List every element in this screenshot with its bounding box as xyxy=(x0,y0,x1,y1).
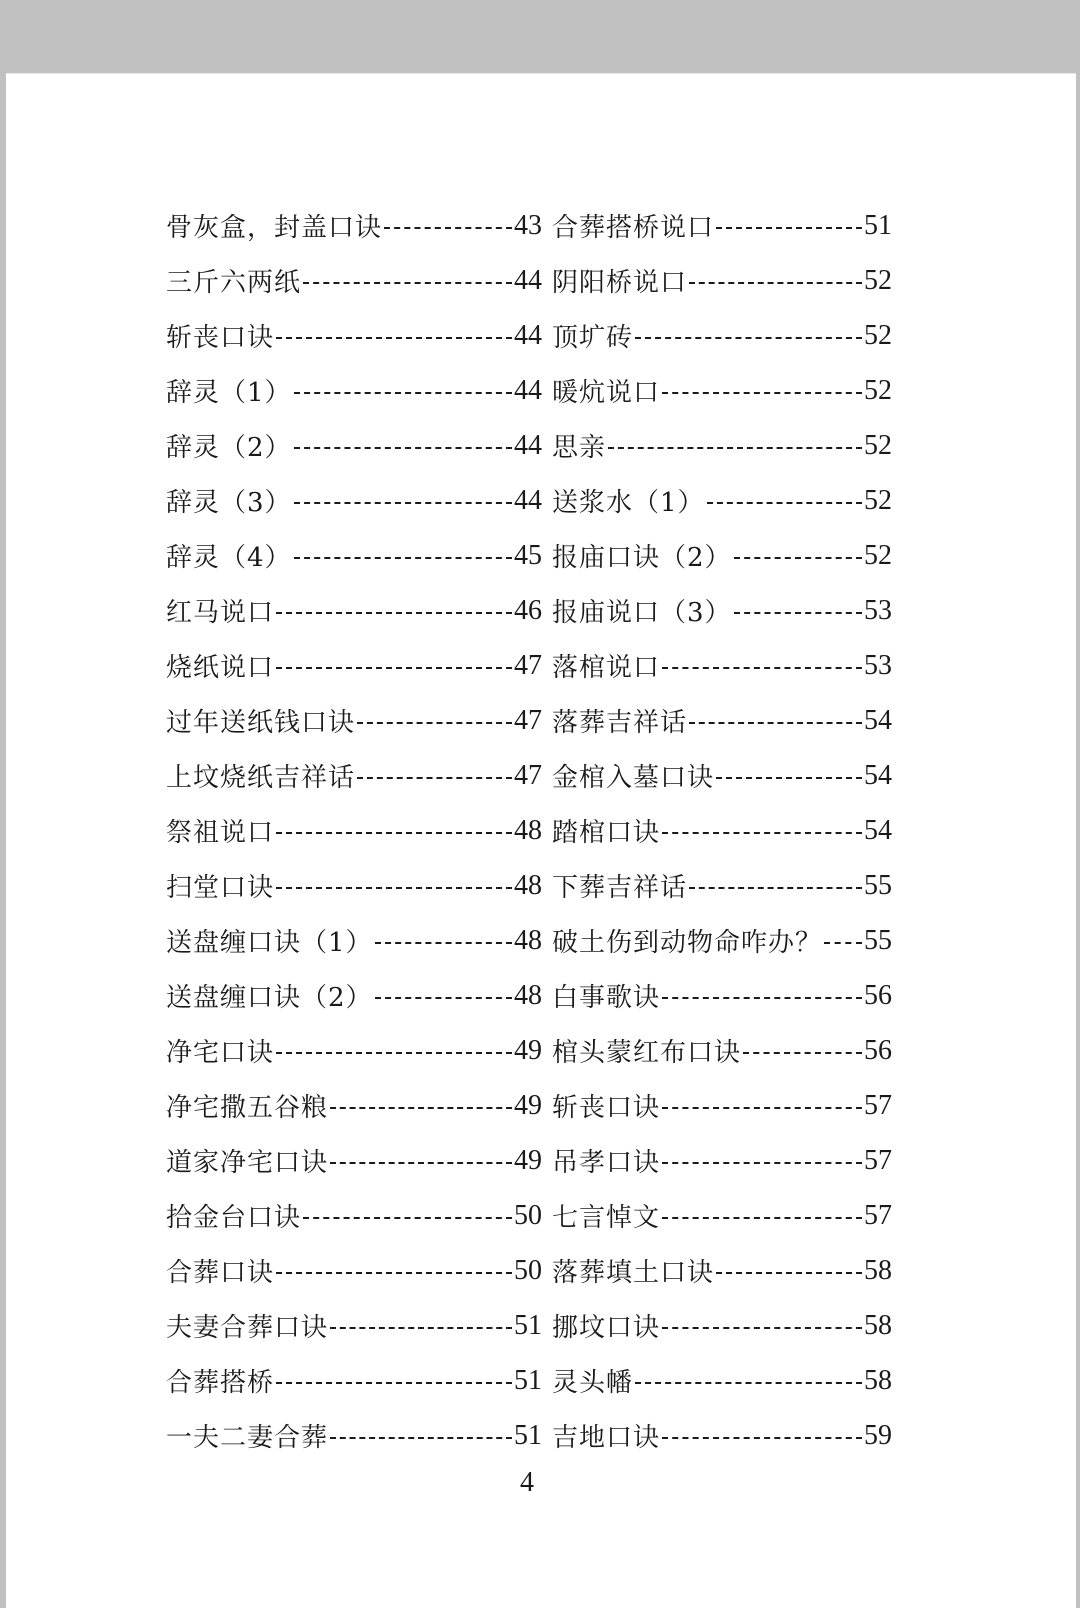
toc-entry-title: 红马说口 xyxy=(166,592,274,629)
toc-entry-page: 47 xyxy=(514,705,542,737)
toc-entry[interactable]: 烧纸说口 47 xyxy=(166,638,542,693)
toc-entry[interactable]: 报庙说口（3） 53 xyxy=(552,583,892,638)
toc-entry-title: 送盘缠口诀（2） xyxy=(166,977,373,1014)
toc-entry-title: 辞灵（1） xyxy=(166,372,292,409)
toc-entry-title: 下葬吉祥话 xyxy=(552,867,687,904)
dot-leader xyxy=(276,887,512,889)
toc-entry[interactable]: 落棺说口 53 xyxy=(552,638,892,693)
toc-entry[interactable]: 七言悼文 57 xyxy=(552,1188,892,1243)
toc-entry-title: 灵头幡 xyxy=(552,1362,633,1399)
dot-leader xyxy=(635,1382,862,1384)
dot-leader xyxy=(375,997,512,999)
toc-entry-title: 辞灵（2） xyxy=(166,427,292,464)
toc-entry[interactable]: 金棺入墓口诀 54 xyxy=(552,748,892,803)
dot-leader xyxy=(276,612,512,614)
toc-entry[interactable]: 扫堂口诀 48 xyxy=(166,858,542,913)
toc-entry[interactable]: 灵头幡 58 xyxy=(552,1353,892,1408)
toc-entry-page: 58 xyxy=(864,1255,892,1287)
toc-entry[interactable]: 夫妻合葬口诀 51 xyxy=(166,1298,542,1353)
toc-entry-page: 51 xyxy=(864,210,892,242)
dot-leader xyxy=(662,667,862,669)
toc-entry-title: 报庙说口（3） xyxy=(552,592,732,629)
page-number: 4 xyxy=(6,1467,1048,1499)
toc-entry-page: 44 xyxy=(514,375,542,407)
dot-leader xyxy=(662,1437,862,1439)
toc-entry[interactable]: 净宅撒五谷粮 49 xyxy=(166,1078,542,1133)
toc-entry[interactable]: 一夫二妻合葬 51 xyxy=(166,1408,542,1463)
dot-leader xyxy=(330,1437,512,1439)
toc-entry-title: 送盘缠口诀（1） xyxy=(166,922,373,959)
dot-leader xyxy=(662,392,862,394)
toc-entry[interactable]: 踏棺口诀 54 xyxy=(552,803,892,858)
toc-entry-title: 暖炕说口 xyxy=(552,372,660,409)
toc-entry[interactable]: 落葬填土口诀 58 xyxy=(552,1243,892,1298)
dot-leader xyxy=(716,1272,862,1274)
toc-entry-page: 53 xyxy=(864,650,892,682)
dot-leader xyxy=(662,1327,862,1329)
toc-entry-page: 50 xyxy=(514,1255,542,1287)
toc-entry[interactable]: 辞灵（2） 44 xyxy=(166,418,542,473)
dot-leader xyxy=(689,887,862,889)
dot-leader xyxy=(276,667,512,669)
toc-entry-title: 上坟烧纸吉祥话 xyxy=(166,757,355,794)
toc-entry-page: 44 xyxy=(514,265,542,297)
toc-entry-title: 骨灰盒，封盖口诀 xyxy=(166,207,382,244)
toc-entry[interactable]: 挪坟口诀 58 xyxy=(552,1298,892,1353)
toc-entry[interactable]: 合葬口诀 50 xyxy=(166,1243,542,1298)
toc-entry-title: 合葬搭桥 xyxy=(166,1362,274,1399)
dot-leader xyxy=(294,392,512,394)
toc-entry-title: 白事歌诀 xyxy=(552,977,660,1014)
dot-leader xyxy=(330,1327,512,1329)
toc-entry-page: 48 xyxy=(514,815,542,847)
toc-entry-title: 报庙口诀（2） xyxy=(552,537,732,574)
dot-leader xyxy=(662,1107,862,1109)
dot-leader xyxy=(294,447,512,449)
toc-entry-page: 43 xyxy=(514,210,542,242)
dot-leader xyxy=(689,282,862,284)
toc-entry[interactable]: 吊孝口诀 57 xyxy=(552,1133,892,1188)
toc-entry-title: 斩丧口诀 xyxy=(552,1087,660,1124)
toc-entry[interactable]: 合葬搭桥说口 51 xyxy=(552,198,892,253)
toc-entry[interactable]: 下葬吉祥话 55 xyxy=(552,858,892,913)
toc-entry-title: 落葬填土口诀 xyxy=(552,1252,714,1289)
toc-entry[interactable]: 合葬搭桥 51 xyxy=(166,1353,542,1408)
dot-leader xyxy=(662,1217,862,1219)
dot-leader xyxy=(608,447,862,449)
toc-entry-title: 夫妻合葬口诀 xyxy=(166,1307,328,1344)
toc-entry-page: 48 xyxy=(514,925,542,957)
dot-leader xyxy=(303,282,512,284)
dot-leader xyxy=(276,1382,512,1384)
toc-entry[interactable]: 过年送纸钱口诀 47 xyxy=(166,693,542,748)
toc-entry-title: 踏棺口诀 xyxy=(552,812,660,849)
toc-entry[interactable]: 骨灰盒，封盖口诀 43 xyxy=(166,198,542,253)
toc-entry-page: 54 xyxy=(864,705,892,737)
toc-entry-page: 49 xyxy=(514,1090,542,1122)
dot-leader xyxy=(357,722,512,724)
toc-entry-title: 破土伤到动物命咋办？ xyxy=(552,922,822,959)
toc-entry-page: 59 xyxy=(864,1420,892,1452)
toc-entry-title: 辞灵（3） xyxy=(166,482,292,519)
dot-leader xyxy=(662,997,862,999)
toc-entry-page: 52 xyxy=(864,375,892,407)
dot-leader xyxy=(384,227,512,229)
toc-entry[interactable]: 白事歌诀 56 xyxy=(552,968,892,1023)
toc-entry[interactable]: 辞灵（4） 45 xyxy=(166,528,542,583)
toc-entry-title: 落棺说口 xyxy=(552,647,660,684)
toc-entry-title: 七言悼文 xyxy=(552,1197,660,1234)
toc-entry-page: 52 xyxy=(864,430,892,462)
dot-leader xyxy=(357,777,512,779)
toc-entry-title: 斩丧口诀 xyxy=(166,317,274,354)
dot-leader xyxy=(824,942,862,944)
toc-entry-page: 53 xyxy=(864,595,892,627)
toc-entry-page: 46 xyxy=(514,595,542,627)
toc-entry[interactable]: 送盘缠口诀（2） 48 xyxy=(166,968,542,1023)
dot-leader xyxy=(276,832,512,834)
dot-leader xyxy=(734,612,862,614)
toc-entry[interactable]: 暖炕说口 52 xyxy=(552,363,892,418)
toc-entry[interactable]: 思亲 52 xyxy=(552,418,892,473)
toc-entry-page: 44 xyxy=(514,320,542,352)
toc-entry-title: 顶圹砖 xyxy=(552,317,633,354)
toc-entry-page: 52 xyxy=(864,485,892,517)
toc-entry-title: 送浆水（1） xyxy=(552,482,705,519)
toc-entry[interactable]: 破土伤到动物命咋办？ 55 xyxy=(552,913,892,968)
toc-entry-page: 52 xyxy=(864,265,892,297)
dot-leader xyxy=(743,1052,862,1054)
toc-entry-title: 扫堂口诀 xyxy=(166,867,274,904)
dot-leader xyxy=(276,1052,512,1054)
dot-leader xyxy=(330,1107,512,1109)
toc-entry[interactable]: 辞灵（3） 44 xyxy=(166,473,542,528)
toc-entry-page: 57 xyxy=(864,1200,892,1232)
toc-entry-page: 47 xyxy=(514,760,542,792)
toc-entry[interactable]: 辞灵（1） 44 xyxy=(166,363,542,418)
toc-entry-title: 三斤六两纸 xyxy=(166,262,301,299)
toc-entry-title: 合葬搭桥说口 xyxy=(552,207,714,244)
toc-entry[interactable]: 红马说口 46 xyxy=(166,583,542,638)
dot-leader xyxy=(689,722,862,724)
toc-entry[interactable]: 净宅口诀 49 xyxy=(166,1023,542,1078)
table-of-contents: 骨灰盒，封盖口诀 43 三斤六两纸 44 斩丧口诀 44 辞灵（1） 44 辞灵… xyxy=(166,198,906,1463)
toc-entry[interactable]: 拾金台口诀 50 xyxy=(166,1188,542,1243)
toc-entry-page: 56 xyxy=(864,1035,892,1067)
toc-entry[interactable]: 送盘缠口诀（1） 48 xyxy=(166,913,542,968)
toc-entry-page: 50 xyxy=(514,1200,542,1232)
dot-leader xyxy=(707,502,862,504)
dot-leader xyxy=(375,942,512,944)
toc-column-left: 骨灰盒，封盖口诀 43 三斤六两纸 44 斩丧口诀 44 辞灵（1） 44 辞灵… xyxy=(166,198,542,1463)
dot-leader xyxy=(294,502,512,504)
toc-entry-page: 44 xyxy=(514,430,542,462)
toc-entry[interactable]: 道家净宅口诀 49 xyxy=(166,1133,542,1188)
toc-entry-page: 52 xyxy=(864,320,892,352)
toc-entry-page: 58 xyxy=(864,1365,892,1397)
toc-entry-title: 祭祖说口 xyxy=(166,812,274,849)
toc-entry-page: 54 xyxy=(864,815,892,847)
toc-entry[interactable]: 三斤六两纸 44 xyxy=(166,253,542,308)
toc-entry-title: 合葬口诀 xyxy=(166,1252,274,1289)
toc-entry[interactable]: 吉地口诀 59 xyxy=(552,1408,892,1463)
toc-entry-title: 道家净宅口诀 xyxy=(166,1142,328,1179)
toc-entry[interactable]: 落葬吉祥话 54 xyxy=(552,693,892,748)
dot-leader xyxy=(276,337,512,339)
toc-entry[interactable]: 祭祖说口 48 xyxy=(166,803,542,858)
toc-entry-title: 挪坟口诀 xyxy=(552,1307,660,1344)
toc-entry-page: 57 xyxy=(864,1090,892,1122)
dot-leader xyxy=(662,1162,862,1164)
toc-entry-page: 51 xyxy=(514,1365,542,1397)
dot-leader xyxy=(635,337,862,339)
dot-leader xyxy=(734,557,862,559)
toc-entry-page: 57 xyxy=(864,1145,892,1177)
toc-entry-page: 58 xyxy=(864,1310,892,1342)
dot-leader xyxy=(662,832,862,834)
toc-entry-title: 落葬吉祥话 xyxy=(552,702,687,739)
toc-entry[interactable]: 棺头蒙红布口诀 56 xyxy=(552,1023,892,1078)
toc-entry-title: 金棺入墓口诀 xyxy=(552,757,714,794)
toc-entry-title: 棺头蒙红布口诀 xyxy=(552,1032,741,1069)
toc-entry-page: 54 xyxy=(864,760,892,792)
toc-entry[interactable]: 上坟烧纸吉祥话 47 xyxy=(166,748,542,803)
dot-leader xyxy=(330,1162,512,1164)
toc-entry-page: 55 xyxy=(864,925,892,957)
toc-entry-page: 48 xyxy=(514,870,542,902)
toc-entry[interactable]: 送浆水（1） 52 xyxy=(552,473,892,528)
toc-entry-page: 52 xyxy=(864,540,892,572)
toc-entry-page: 49 xyxy=(514,1035,542,1067)
toc-entry[interactable]: 报庙口诀（2） 52 xyxy=(552,528,892,583)
toc-entry-page: 44 xyxy=(514,485,542,517)
toc-entry-page: 49 xyxy=(514,1145,542,1177)
toc-entry-page: 51 xyxy=(514,1420,542,1452)
toc-entry-page: 55 xyxy=(864,870,892,902)
toc-entry-title: 辞灵（4） xyxy=(166,537,292,574)
toc-entry-page: 51 xyxy=(514,1310,542,1342)
toc-entry[interactable]: 阴阳桥说口 52 xyxy=(552,253,892,308)
toc-entry-title: 烧纸说口 xyxy=(166,647,274,684)
toc-column-right: 合葬搭桥说口 51 阴阳桥说口 52 顶圹砖 52 暖炕说口 52 思亲 52 … xyxy=(552,198,892,1463)
toc-entry[interactable]: 斩丧口诀 44 xyxy=(166,308,542,363)
toc-entry-page: 47 xyxy=(514,650,542,682)
dot-leader xyxy=(716,227,862,229)
toc-entry-page: 45 xyxy=(514,540,542,572)
dot-leader xyxy=(716,777,862,779)
toc-entry-title: 一夫二妻合葬 xyxy=(166,1417,328,1454)
toc-entry-page: 56 xyxy=(864,980,892,1012)
document-viewer: 骨灰盒，封盖口诀 43 三斤六两纸 44 斩丧口诀 44 辞灵（1） 44 辞灵… xyxy=(0,0,1080,1608)
toc-entry[interactable]: 顶圹砖 52 xyxy=(552,308,892,363)
toc-entry-title: 净宅撒五谷粮 xyxy=(166,1087,328,1124)
toc-entry-title: 吉地口诀 xyxy=(552,1417,660,1454)
dot-leader xyxy=(303,1217,512,1219)
toc-entry-page: 48 xyxy=(514,980,542,1012)
toc-entry-title: 过年送纸钱口诀 xyxy=(166,702,355,739)
toc-entry[interactable]: 斩丧口诀 57 xyxy=(552,1078,892,1133)
document-page: 骨灰盒，封盖口诀 43 三斤六两纸 44 斩丧口诀 44 辞灵（1） 44 辞灵… xyxy=(6,73,1076,1608)
toc-entry-title: 吊孝口诀 xyxy=(552,1142,660,1179)
dot-leader xyxy=(294,557,512,559)
toc-entry-title: 净宅口诀 xyxy=(166,1032,274,1069)
toc-entry-title: 阴阳桥说口 xyxy=(552,262,687,299)
toc-entry-title: 思亲 xyxy=(552,427,606,464)
dot-leader xyxy=(276,1272,512,1274)
toc-entry-title: 拾金台口诀 xyxy=(166,1197,301,1234)
